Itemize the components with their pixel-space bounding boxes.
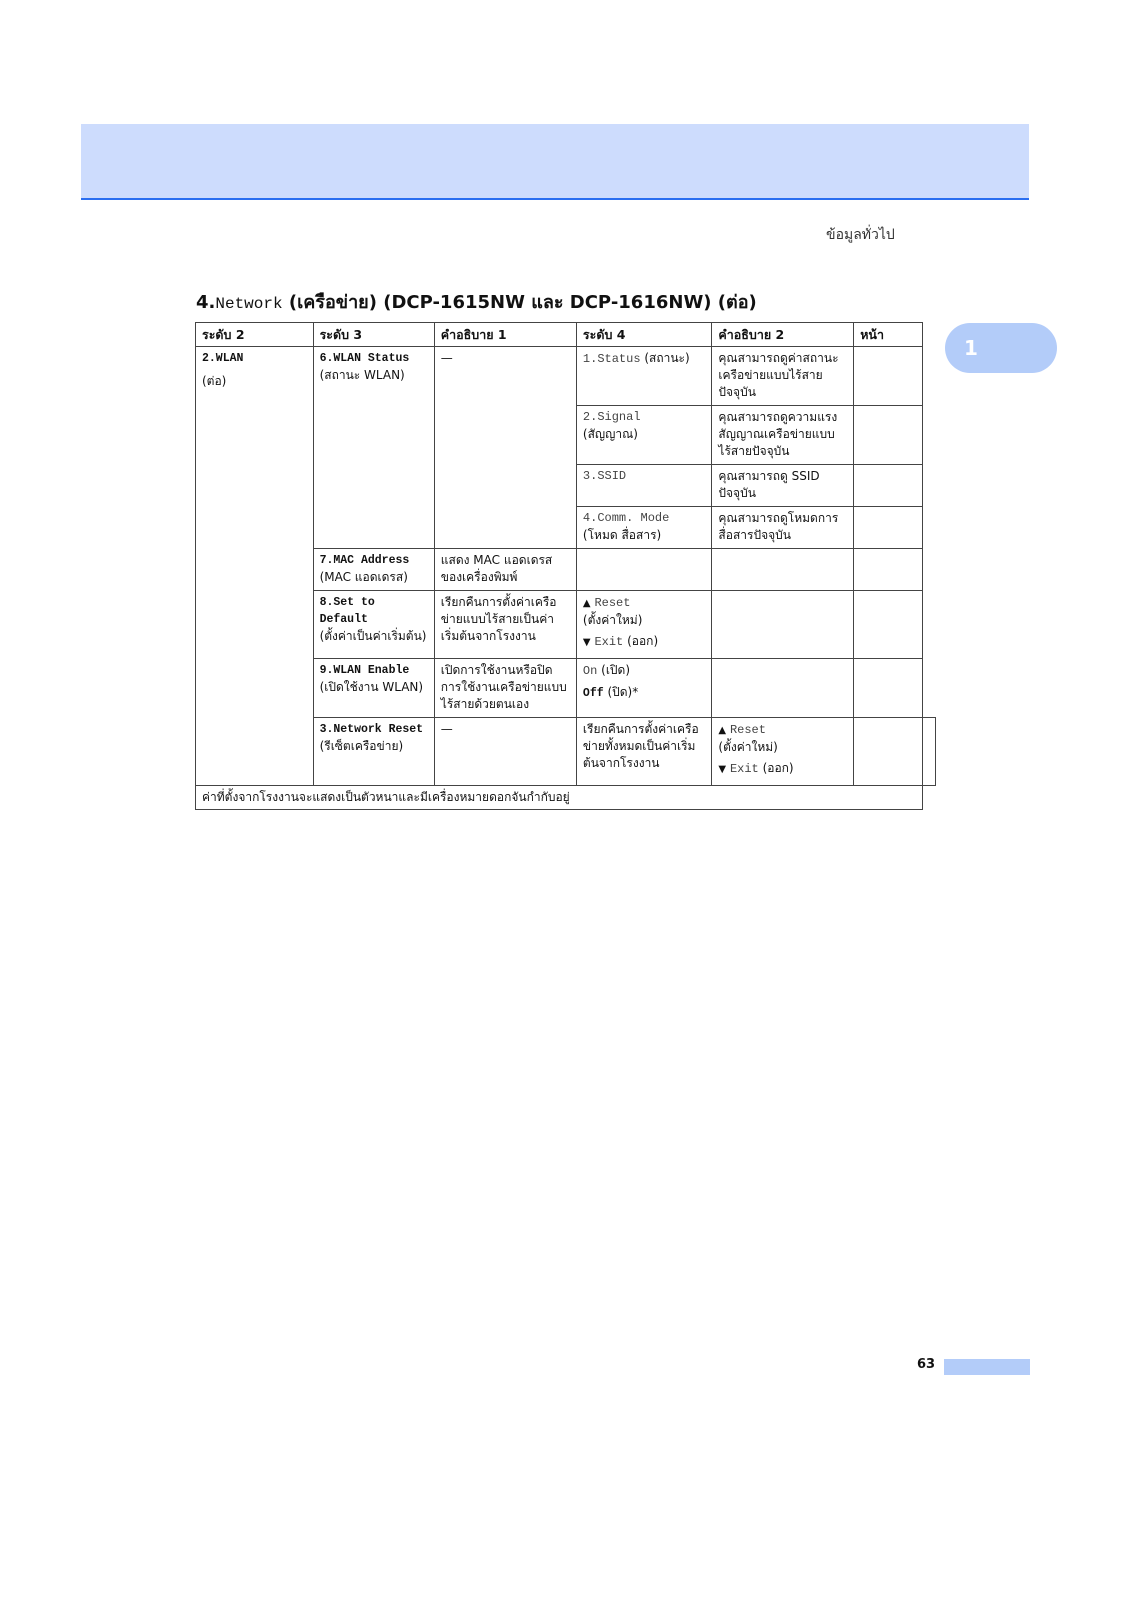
desc2-cell	[854, 718, 923, 786]
footer-note: ค่าที่ตั้งจากโรงงานจะแสดงเป็นตัวหนาและมี…	[196, 786, 923, 810]
level3-code: 6.WLAN Status	[320, 350, 428, 367]
page-cell	[854, 406, 923, 465]
page-bar	[944, 1359, 1030, 1375]
page-cell	[923, 718, 936, 786]
column-header: ระดับ 4	[576, 323, 711, 347]
desc2-cell	[712, 549, 854, 591]
level4-cell: On (เปิด) Off (ปิด)*	[576, 659, 711, 718]
level4-cell: 3.SSID	[576, 465, 711, 507]
desc2-cell: คุณสามารถดู SSID ปัจจุบัน	[712, 465, 854, 507]
column-header: คำอธิบาย 1	[434, 323, 576, 347]
level2-cell: 3.Network Reset (รีเซ็ตเครือข่าย)	[313, 718, 434, 786]
level4-cell: ▲ Reset(ตั้งค่าใหม่) ▼ Exit (ออก)	[712, 718, 854, 786]
column-header: ระดับ 3	[313, 323, 434, 347]
table-footer-row: ค่าที่ตั้งจากโรงงานจะแสดงเป็นตัวหนาและมี…	[196, 786, 936, 810]
desc1-cell: เปิดการใช้งานหรือปิดการใช้งานเครือข่ายแบ…	[434, 659, 576, 718]
desc2-cell: คุณสามารถดูโหมดการสื่อสารปัจจุบัน	[712, 507, 854, 549]
table-row: 2.WLAN (ต่อ) 6.WLAN Status (สถานะ WLAN) …	[196, 347, 936, 406]
heading-number: 4.	[196, 292, 215, 313]
desc2-cell: คุณสามารถดูค่าสถานะเครือข่ายแบบไร้สายปัจ…	[712, 347, 854, 406]
page-number: 63	[917, 1357, 935, 1372]
page-cell	[854, 591, 923, 659]
header-band	[81, 124, 1029, 200]
desc2-cell	[712, 591, 854, 659]
page-heading: 4.Network (เครือข่าย) (DCP-1615NW และ DC…	[196, 287, 757, 316]
level3-cell: 7.MAC Address (MAC แอดเดรส)	[313, 549, 434, 591]
section-label: ข้อมูลทั่วไป	[826, 224, 895, 246]
desc2-cell: คุณสามารถดูความแรงสัญญาณเครือข่ายแบบไร้ส…	[712, 406, 854, 465]
column-header: คำอธิบาย 2	[712, 323, 854, 347]
heading-rest: (เครือข่าย) (DCP-1615NW และ DCP-1616NW) …	[283, 292, 757, 313]
column-header: หน้า	[854, 323, 923, 347]
down-arrow-icon: ▼	[718, 764, 726, 775]
desc1-cell: เรียกคืนการตั้งค่าเครือข่ายทั้งหมดเป็นค่…	[576, 718, 711, 786]
level4-cell: 1.Status (สถานะ)	[576, 347, 711, 406]
page-cell	[854, 347, 923, 406]
page-cell	[854, 659, 923, 718]
level3-cell: 6.WLAN Status (สถานะ WLAN)	[313, 347, 434, 549]
level4-cell: 4.Comm. Mode(โหมด สื่อสาร)	[576, 507, 711, 549]
level3-thai: (สถานะ WLAN)	[320, 367, 428, 384]
level2-cell: 2.WLAN (ต่อ)	[196, 347, 314, 786]
column-header: ระดับ 2	[196, 323, 314, 347]
settings-table: ระดับ 2 ระดับ 3 คำอธิบาย 1 ระดับ 4 คำอธิ…	[195, 322, 936, 810]
up-arrow-icon: ▲	[718, 725, 726, 736]
desc2-cell	[712, 659, 854, 718]
down-arrow-icon: ▼	[583, 637, 591, 648]
level2-code: 2.WLAN	[202, 350, 307, 367]
heading-mono: Network	[215, 295, 282, 313]
desc1-cell: แสดง MAC แอดเดรสของเครื่องพิมพ์	[434, 549, 576, 591]
chapter-tab: 1	[945, 323, 1057, 373]
page-cell	[854, 507, 923, 549]
level2-thai: (ต่อ)	[202, 373, 307, 390]
level4-cell: 2.Signal(สัญญาณ)	[576, 406, 711, 465]
level3-cell: 9.WLAN Enable (เปิดใช้งาน WLAN)	[313, 659, 434, 718]
level4-cell	[576, 549, 711, 591]
up-arrow-icon: ▲	[583, 598, 591, 609]
page-cell	[854, 465, 923, 507]
page-cell	[854, 549, 923, 591]
desc1-cell: —	[434, 347, 576, 549]
table-header-row: ระดับ 2 ระดับ 3 คำอธิบาย 1 ระดับ 4 คำอธิ…	[196, 323, 936, 347]
level3-cell: 8.Set to Default (ตั้งค่าเป็นค่าเริ่มต้น…	[313, 591, 434, 659]
desc1-cell: เรียกคืนการตั้งค่าเครือข่ายแบบไร้สายเป็น…	[434, 591, 576, 659]
level3-cell: —	[434, 718, 576, 786]
level4-cell: ▲ Reset(ตั้งค่าใหม่) ▼ Exit (ออก)	[576, 591, 711, 659]
